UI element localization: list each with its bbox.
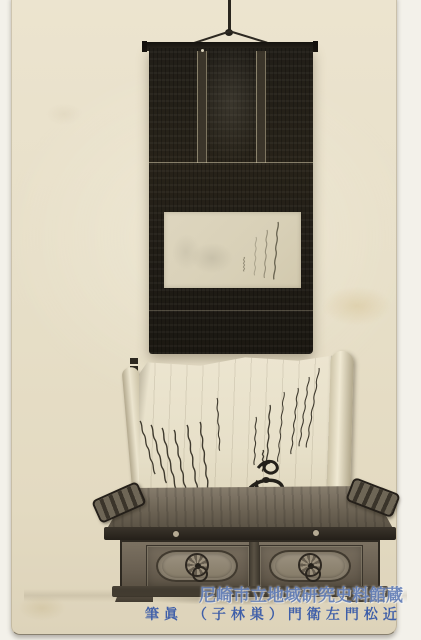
stand-front-rail	[104, 527, 396, 540]
chrysanthemum-handle	[185, 553, 209, 577]
postcard: 尼崎市立地域研究史料館蔵 筆眞 （子林巣）門衛左門松近	[11, 0, 397, 635]
rail-stud	[172, 530, 180, 538]
chrysanthemum-handle	[298, 553, 322, 577]
postcard-scan: 尼崎市立地域研究史料館蔵 筆眞 （子林巣）門衛左門松近	[0, 0, 421, 640]
honshi-calligraphy	[164, 212, 301, 288]
futai-strip-left	[197, 51, 207, 163]
scroll-calligraphy-paper	[164, 212, 301, 288]
printed-caption-text: 筆眞 （子林巣）門衛左門松近	[145, 604, 407, 624]
hanging-cord	[228, 0, 231, 32]
mount-lower-line	[149, 310, 313, 311]
handle-ring	[305, 566, 321, 582]
archive-watermark-text: 尼崎市立地域研究史料館蔵	[199, 581, 409, 606]
hanging-scroll	[149, 48, 313, 354]
rail-stud	[312, 529, 320, 537]
highlight-dot	[201, 49, 204, 52]
handle-ring	[192, 566, 208, 582]
futai-strip-right	[256, 51, 266, 163]
drawer-panel-carving	[269, 550, 351, 582]
mount-divider-line	[149, 162, 313, 163]
drawer-panel-carving	[156, 550, 238, 582]
